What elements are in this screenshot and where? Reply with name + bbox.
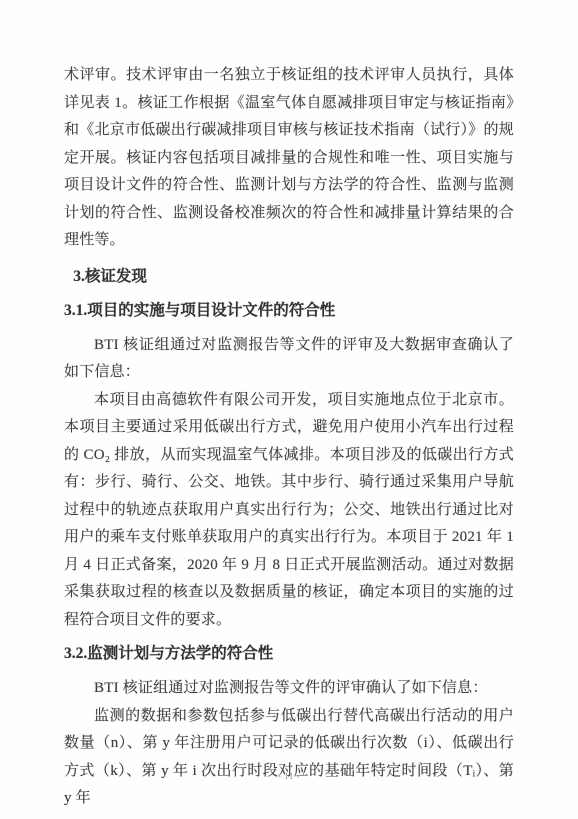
section-3-heading: 3.核证发现 — [64, 263, 514, 291]
paragraph-intro-continuation: 术评审。技术评审由一名独立于核证组的技术评审人员执行，具体详见表 1。核证工作根… — [64, 62, 514, 255]
page-footer: - 11 - — [0, 766, 578, 784]
document-body: 术评审。技术评审由一名独立于核证组的技术评审人员执行，具体详见表 1。核证工作根… — [64, 62, 514, 813]
section-3-1-paragraph-1: BTI 核证组通过对监测报告等文件的评审及大数据审查确认了如下信息： — [64, 332, 514, 387]
page-number: - 11 - — [278, 771, 300, 781]
section-3-2-paragraph-1: BTI 核证组通过对监测报告等文件的评审确认了如下信息： — [64, 675, 514, 703]
section-3-1-paragraph-2: 本项目由高德软件有限公司开发，项目实施地点位于北京市。本项目主要通过采用低碳出行… — [64, 387, 514, 635]
document-page: 术评审。技术评审由一名独立于核证组的技术评审人员执行，具体详见表 1。核证工作根… — [0, 0, 578, 819]
section-3-1-heading: 3.1.项目的实施与项目设计文件的符合性 — [64, 297, 514, 325]
section-3-2-paragraph-2: 监测的数据和参数包括参与低碳出行替代高碳出行活动的用户数量（n）、第 y 年注册… — [64, 703, 514, 813]
section-3-2-heading: 3.2.监测计划与方法学的符合性 — [64, 640, 514, 668]
